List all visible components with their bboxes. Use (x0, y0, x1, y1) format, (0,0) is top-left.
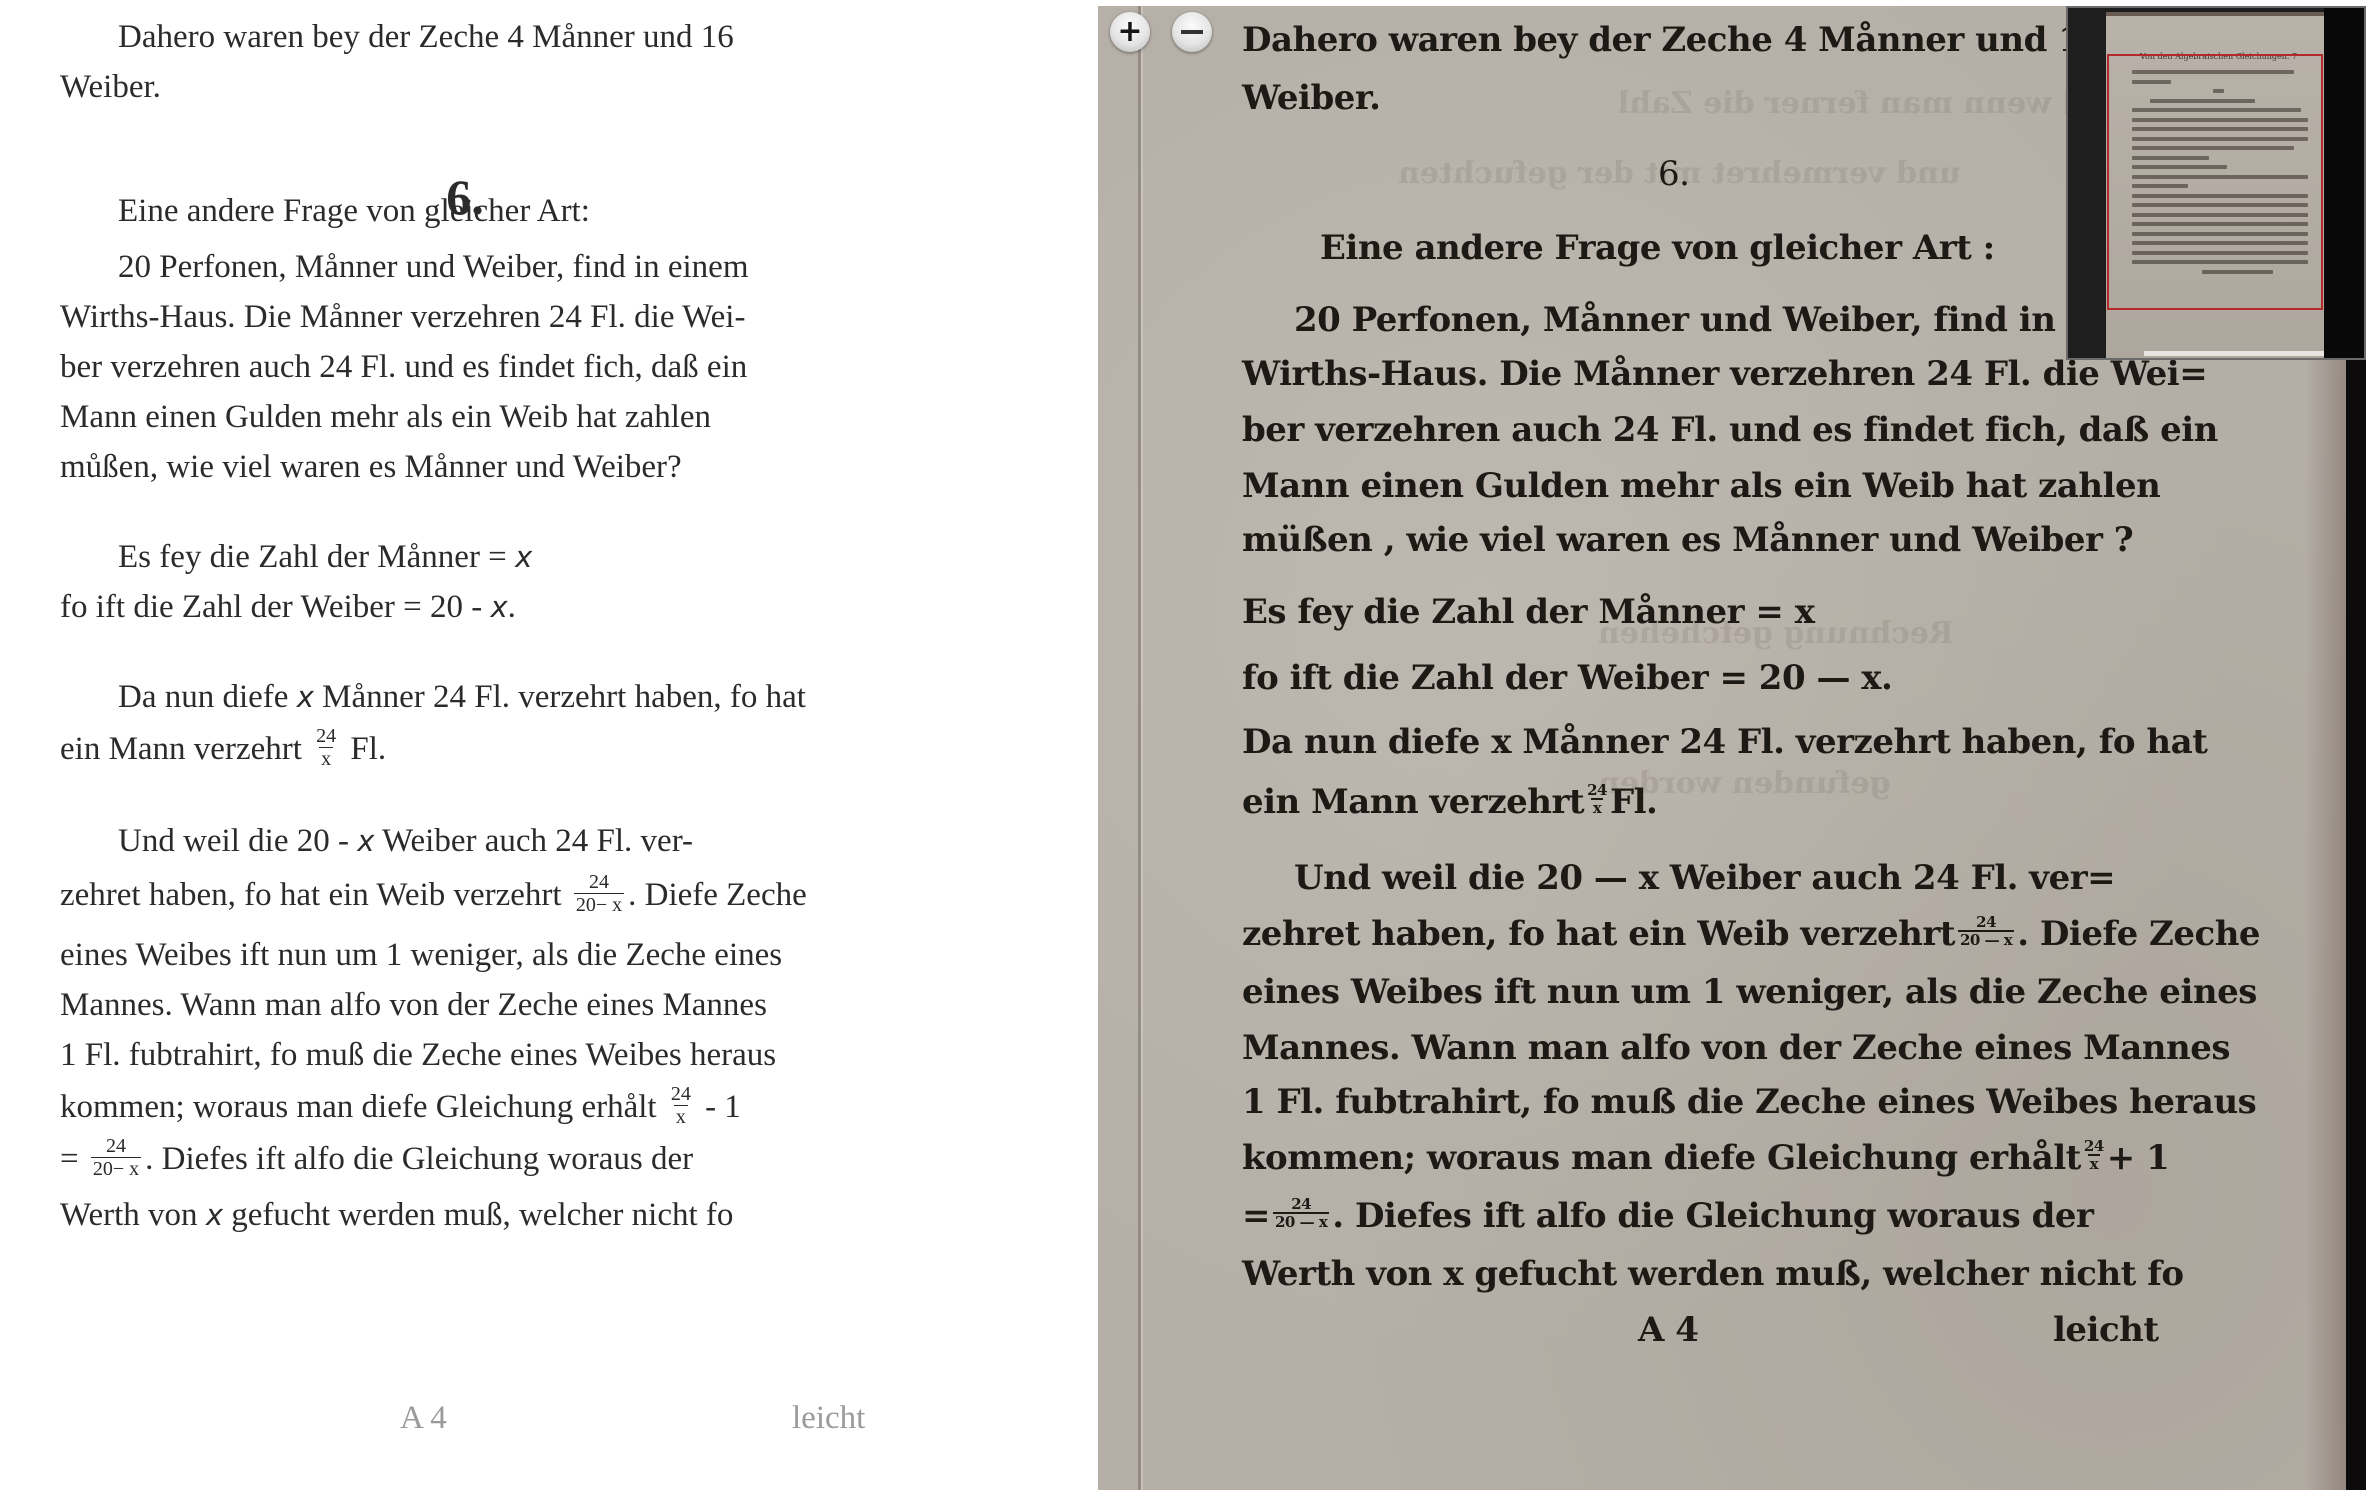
scan-text-line: müßen , wie viel waren es Månner und Wei… (1242, 520, 2133, 560)
scan-page-signature: A 4 (1638, 1310, 1698, 1350)
text-span: Weiber. (60, 69, 161, 105)
text-line: Dahero waren bey der Zeche 4 Månner und … (60, 12, 880, 62)
text-span: . (508, 589, 516, 625)
scan-text-line: Es fey die Zahl der Månner = x (1242, 592, 1814, 632)
scan-text-line: Und weil die 20 — x Weiber auch 24 Fl. v… (1294, 858, 2115, 898)
fraction-24-over-20-minus-x: 2420− x (91, 1135, 141, 1180)
text-span: Mannes. Wann man alfo von der Zeche eine… (60, 987, 767, 1023)
math-variable: x (357, 824, 374, 858)
fraction-24-over-x: 24x (314, 725, 338, 770)
text-span: 20 Perfonen, Månner und Weiber, find in … (118, 249, 749, 285)
fraction-denominator: 20 — x (1273, 1212, 1329, 1230)
text-line: eines Weibes ift nun um 1 weniger, als d… (60, 930, 880, 980)
text-line: ber verzehren auch 24 Fl. und es findet … (60, 342, 880, 392)
text-span: můßen, wie viel waren es Månner und Weib… (60, 449, 682, 485)
text-span: Eine andere Frage von gleicher Art: (118, 193, 590, 229)
fraction-numerator: 24 (104, 1135, 128, 1157)
text-line: Mannes. Wann man alfo von der Zeche eine… (60, 980, 880, 1030)
text-span: . Diefes ift alfo die Gleichung woraus d… (145, 1141, 693, 1177)
text-line: zehret haben, fo hat ein Weib verzehrt 2… (60, 870, 880, 920)
fraction-denominator: x (2088, 1154, 2100, 1172)
fraction-denominator: x (319, 747, 333, 770)
text-span: ber verzehren auch 24 Fl. und es findet … (60, 349, 747, 385)
scan-text-line: fo ift die Zahl der Weiber = 20 — x. (1242, 658, 1892, 698)
text-span: Mann einen Gulden mehr als ein Weib hat … (60, 399, 711, 435)
text-span: . Diefe Zeche (628, 877, 807, 913)
text-span: - 1 (705, 1089, 741, 1125)
text-span: Fl. (350, 731, 386, 767)
scan-text-line: Mann einen Gulden mehr als ein Weib hat … (1242, 466, 2160, 506)
text-span: kommen; woraus man diefe Gleichung erhål… (60, 1089, 657, 1125)
text-span: Es fey die Zahl der Månner = (118, 539, 507, 575)
scan-text-line: kommen; woraus man diefe Gleichung erhål… (1242, 1138, 2169, 1178)
scan-text-line: zehret haben, fo hat ein Weib verzehrt24… (1242, 914, 2260, 954)
page-fold-line (1138, 6, 1141, 1490)
fraction-numerator: 24 (2084, 1138, 2104, 1154)
text-line: Es fey die Zahl der Månner = x (60, 532, 880, 582)
text-line: fo ift die Zahl der Weiber = 20 - x. (60, 582, 880, 632)
text-line: 1 Fl. fubtrahirt, fo muß die Zeche eines… (60, 1030, 880, 1080)
text-span: gefucht werden muß, welcher nicht fo (231, 1197, 733, 1233)
minimap-viewport-rectangle[interactable] (2107, 54, 2323, 310)
text-line: Und weil die 20 - x Weiber auch 24 Fl. v… (60, 816, 880, 866)
minus-icon (1181, 30, 1203, 34)
text-line: Weiber. (60, 62, 880, 112)
text-span: fo ift die Zahl der Weiber = 20 - (60, 589, 482, 625)
math-variable: x (206, 1198, 223, 1232)
text-span: Und weil die 20 - (118, 823, 349, 859)
bleed-through-text: und wenn man ferner die Zahl (1618, 86, 2127, 121)
text-line: ein Mann verzehrt 24x Fl. (60, 724, 880, 774)
text-span: Fl. (1610, 782, 1657, 822)
transcription-panel: Dahero waren bey der Zeche 4 Månner und … (0, 0, 1098, 1504)
math-variable: x (297, 680, 314, 714)
scan-fraction-24-over-x: 24x (1587, 782, 1607, 816)
scan-text-line: 20 Perfonen, Månner und Weiber, find in … (1294, 300, 2181, 340)
scan-section-number: 6. (1658, 154, 1689, 194)
math-variable: x (515, 540, 532, 574)
scan-text-line: Mannes. Wann man alfo von der Zeche eine… (1242, 1028, 2230, 1068)
text-span: Weiber auch 24 Fl. ver- (382, 823, 693, 859)
scan-text-line: 1 Fl. fubtrahirt, fo muß die Zeche eines… (1242, 1082, 2256, 1122)
scan-text-line: Da nun diefe x Månner 24 Fl. verzehrt ha… (1242, 722, 2207, 762)
scan-fraction-24-over-x: 24x (2084, 1138, 2104, 1172)
scan-text-line: Werth von x gefucht werden muß, welcher … (1242, 1254, 2184, 1294)
fraction-24-over-x: 24x (669, 1083, 693, 1128)
scan-catchword: leicht (2053, 1310, 2159, 1350)
fraction-denominator: x (1591, 798, 1603, 816)
scan-text-line: ein Mann verzehrt24xFl. (1242, 782, 1657, 822)
scan-text-line: eines Weibes ift nun um 1 weniger, als d… (1242, 972, 2257, 1012)
text-span: = (1242, 1196, 1270, 1236)
scan-text-line: ber verzehren auch 24 Fl. und es findet … (1242, 410, 2218, 450)
fraction-numerator: 24 (1587, 782, 1607, 798)
plus-icon: + (1117, 17, 1142, 47)
scan-text-line: =2420 — x. Diefes ift alfo die Gleichung… (1242, 1196, 2093, 1236)
text-line: Mann einen Gulden mehr als ein Weib hat … (60, 392, 880, 442)
text-line: = 2420− x. Diefes ift alfo die Gleichung… (60, 1134, 880, 1184)
text-span: Wirths-Haus. Die Månner verzehren 24 Fl.… (60, 299, 745, 335)
navigator-minimap[interactable]: Von den Algebraischen Gleichungen. 7 (2066, 6, 2366, 360)
page-signature: A 4 (400, 1400, 447, 1437)
scan-text-line: Eine andere Frage von gleicher Art : (1320, 228, 1995, 268)
fraction-numerator: 24 (669, 1083, 693, 1105)
scan-text-line: Wirths-Haus. Die Månner verzehren 24 Fl.… (1242, 354, 2207, 394)
text-span: . Diefe Zeche (2017, 914, 2260, 954)
text-line: Wirths-Haus. Die Månner verzehren 24 Fl.… (60, 292, 880, 342)
text-span: + 1 (2107, 1138, 2169, 1178)
math-variable: x (490, 590, 507, 624)
fraction-24-over-20-minus-x: 2420− x (574, 871, 624, 916)
fraction-numerator: 24 (1976, 914, 1996, 930)
text-span: zehret haben, fo hat ein Weib verzehrt (1242, 914, 1955, 954)
text-line: můßen, wie viel waren es Månner und Weib… (60, 442, 880, 492)
text-line: kommen; woraus man diefe Gleichung erhål… (60, 1082, 880, 1132)
scan-text-line: Dahero waren bey der Zeche 4 Månner und … (1242, 20, 2105, 60)
minimap-dark-margin (2324, 8, 2364, 358)
text-span: Dahero waren bey der Zeche 4 Månner und … (118, 19, 734, 55)
scan-text-line: Weiber. (1242, 78, 1381, 118)
text-span: = (60, 1141, 79, 1177)
text-line: 20 Perfonen, Månner und Weiber, find in … (60, 242, 880, 292)
zoom-in-button[interactable]: + (1110, 12, 1150, 52)
text-span: ein Mann verzehrt (1242, 782, 1584, 822)
fraction-denominator: 20− x (574, 893, 624, 916)
fraction-denominator: 20− x (91, 1157, 141, 1180)
text-span: kommen; woraus man diefe Gleichung erhål… (1242, 1138, 2081, 1178)
scan-fraction-24-over-20-minus-x: 2420 — x (1273, 1196, 1329, 1230)
fraction-numerator: 24 (587, 871, 611, 893)
fraction-numerator: 24 (314, 725, 338, 747)
text-span: Månner 24 Fl. verzehrt haben, fo hat (322, 679, 806, 715)
text-span: 1 Fl. fubtrahirt, fo muß die Zeche eines… (60, 1037, 776, 1073)
text-span: Da nun diefe (118, 679, 288, 715)
text-span: eines Weibes ift nun um 1 weniger, als d… (60, 937, 782, 973)
catchword: leicht (792, 1400, 865, 1437)
zoom-out-button[interactable] (1172, 12, 1212, 52)
fraction-numerator: 24 (1291, 1196, 1311, 1212)
text-span: zehret haben, fo hat ein Weib verzehrt (60, 877, 562, 913)
text-span: ein Mann verzehrt (60, 731, 302, 767)
text-line: Da nun diefe x Månner 24 Fl. verzehrt ha… (60, 672, 880, 722)
text-line: Eine andere Frage von gleicher Art: (60, 186, 880, 236)
scan-fraction-24-over-20-minus-x: 2420 — x (1958, 914, 2014, 948)
text-span: Werth von (60, 1197, 198, 1233)
fraction-denominator: 20 — x (1958, 930, 2014, 948)
fraction-denominator: x (674, 1105, 688, 1128)
text-line: Werth von x gefucht werden muß, welcher … (60, 1190, 880, 1240)
text-span: . Diefes ift alfo die Gleichung woraus d… (1332, 1196, 2093, 1236)
